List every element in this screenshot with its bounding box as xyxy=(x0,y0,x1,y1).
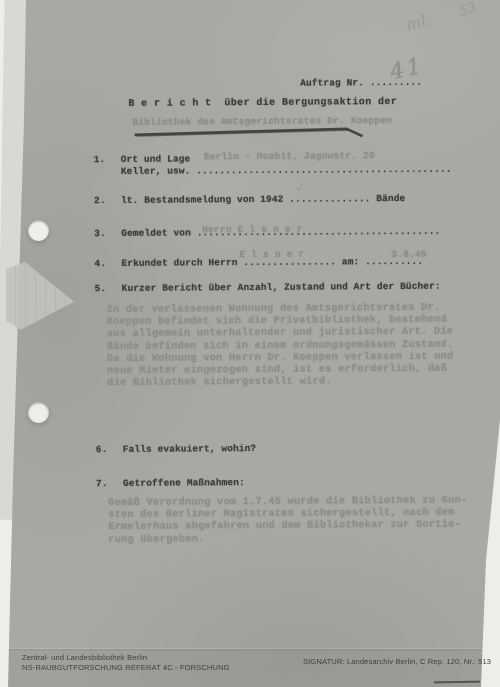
item4-am-label: am: xyxy=(336,256,365,267)
item5-number: 5. xyxy=(95,283,107,295)
item1-number: 1. xyxy=(94,154,106,166)
item4-number: 4. xyxy=(94,258,106,270)
signature-stamp: SIGNATUR: Landesarchiv Berlin, C Rep. 12… xyxy=(303,657,491,667)
handwritten-strike-mark: ./. xyxy=(296,182,306,193)
item1-dots: ........................................… xyxy=(196,164,451,177)
item1-line2: Keller, usw. ...........................… xyxy=(121,164,452,178)
report-title: B e r i c h t über die Bergungsaktion de… xyxy=(128,97,397,111)
item7-label: Getroffene Maßnahmen: xyxy=(123,477,245,490)
item2-dots: .............. xyxy=(289,193,370,205)
item6-number: 6. xyxy=(96,444,108,456)
item4-value-date: 3.8.45 xyxy=(391,249,426,261)
item2-line: lt. Bestandsmeldung von 1942 ...........… xyxy=(121,193,405,207)
item1-value: Berlin - Moabit, Jagowstr. 20 xyxy=(204,150,375,163)
pencil-squiggle-mark: ml. xyxy=(404,10,433,35)
item3-value: Herrn E l s n e r xyxy=(202,224,302,237)
library-stamp-line1: Zentral- und Landesbibliothek Berlin xyxy=(22,653,147,663)
typewritten-content: ml. 53 Auftrag Nr. ......... 41 B e r i … xyxy=(0,0,500,687)
item6-label: Falls evakuiert, wohin? xyxy=(123,443,257,456)
item5-label: Kurzer Bericht über Anzahl, Zustand und … xyxy=(122,281,441,295)
item3-label: Gemeldet von xyxy=(121,227,196,239)
scanned-document: ml. 53 Auftrag Nr. ......... 41 B e r i … xyxy=(0,0,500,687)
item2-number: 2. xyxy=(94,195,106,207)
item3-number: 3. xyxy=(94,228,106,240)
handdrawn-underline xyxy=(124,122,382,144)
item1-label: Ort und Lage xyxy=(121,153,191,165)
pencil-page-number: 53 xyxy=(457,0,478,20)
item7-paragraph: Gemäß Verordnung vom 1.7.45 wurde die Bi… xyxy=(108,495,467,546)
item5-paragraph: In der verlassenen Wohnung des Amtsgeric… xyxy=(107,303,454,391)
library-stamp-line2: NS-RAUBGUTFORSCHUNG REFERAT 4C - FORSCHU… xyxy=(22,663,230,673)
item1-label2: Keller, usw. xyxy=(121,165,196,177)
item4-label: Erkundet durch Herrn xyxy=(121,257,243,269)
item4-value-name: E l s n e r xyxy=(239,249,304,261)
item2-suffix: Bände xyxy=(370,193,405,204)
item2-label: lt. Bestandsmeldung von 1942 xyxy=(121,194,289,206)
item7-number: 7. xyxy=(96,478,108,490)
